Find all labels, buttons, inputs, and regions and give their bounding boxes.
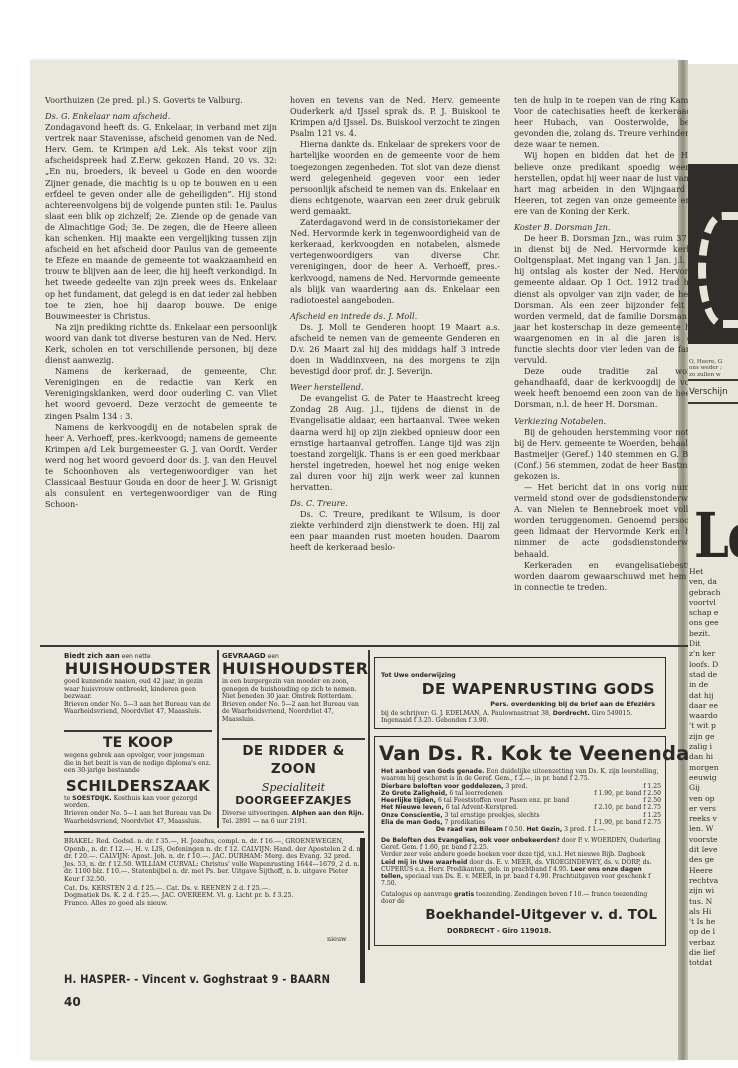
publisher-name: Boekhandel-Uitgever v. d. TOL <box>425 907 657 923</box>
text-fragment: zijn ge <box>689 732 738 742</box>
text-fragment: stad de <box>689 670 738 680</box>
text-fragment: schap e <box>689 608 738 618</box>
next-page-header: Verschijn <box>689 387 727 397</box>
text-fragment: dat hij <box>689 691 738 701</box>
ad-title: HUISHOUDSTER <box>64 660 212 678</box>
text-fragment: waardo <box>689 711 738 721</box>
book-title: Het Gezin, <box>526 826 562 833</box>
book-title: Leid mij in Uwe waarheid <box>381 859 467 866</box>
text-fragment: loofs. D <box>689 660 738 670</box>
text-fragment: tus. N <box>689 897 738 907</box>
book-price: f 1.25 <box>643 812 661 819</box>
caption-line: zo zullen w <box>689 372 738 378</box>
ad-divider <box>222 738 365 740</box>
ad-product: DOORGEEFZAKJES <box>222 794 365 808</box>
text-fragment: daar ee <box>689 701 738 711</box>
book-price: f 2.10, pr. band f 2.75 <box>594 804 661 811</box>
book-list: BRAKEL: Red. Godsd. n. dr. f 35.—, H. Jo… <box>64 838 364 884</box>
book-title: Het Nieuwe leven, <box>381 804 444 811</box>
book-desc: 3 pred. <box>503 783 527 790</box>
paragraph: Deze oude traditie zal worden gehandhaaf… <box>514 366 706 410</box>
text-fragment: voorste <box>689 835 738 845</box>
section-heading-dorsman: Koster B. Dorsman Jzn. <box>514 222 706 233</box>
book-franco: Franco. Alles zo goed als nieuw. <box>64 900 364 908</box>
text-fragment: bezit. <box>689 629 738 639</box>
paragraph: Zondagavond heeft ds. G. Enkelaar, in ve… <box>45 122 277 322</box>
book-price: f 1.25 <box>643 783 661 790</box>
book-title: De raad van Bileam <box>436 826 503 833</box>
woodcut-wheel-icon <box>698 212 738 328</box>
book-row: Heerlijke tijden, 6 tal Feeststoffen voo… <box>381 797 661 804</box>
book-desc: 6 tal Feeststoffen voor Pasen enz. pr. b… <box>436 797 569 804</box>
section-heading-enkelaar: Ds. G. Enkelaar nam afscheid. <box>45 111 277 122</box>
text-fragment: Heere <box>689 866 738 876</box>
text-fragment: in de <box>689 680 738 690</box>
ad-title: TE KOOP <box>64 734 212 752</box>
text-fragment: voortvl <box>689 598 738 608</box>
paragraph: Namens de kerkeraad, de gemeente, Chr. V… <box>45 366 277 421</box>
section-heading-herstellend: Weer herstellend. <box>290 382 500 393</box>
book-title: Zo Grote Zaligheid, <box>381 790 447 797</box>
ad-contact: Brieven onder No. 5—3 aan het Bureau van… <box>64 701 212 716</box>
catalog-free: gratis <box>454 891 474 898</box>
seller-address: H. HASPER- - Vincent v. Goghstraat 9 - B… <box>64 972 322 986</box>
ad-text: Tel. 2891 — na 6 uur 2191. <box>222 818 307 825</box>
book-desc: 7 predikaties <box>443 819 485 826</box>
text-fragment: reeks v <box>689 814 738 824</box>
adjacent-page-fragment: O, Heere, G ons weder ; zo zullen w Vers… <box>688 64 738 1060</box>
ad-huishoudster-offered: Biedt zich aan een nette HUISHOUDSTER go… <box>64 652 212 716</box>
book-title: Onze Conscientie, <box>381 812 443 819</box>
text-fragment: gebrach <box>689 588 738 598</box>
article-column-2: hoven en tevens van de Ned. Herv. gemeen… <box>290 95 500 553</box>
ad-title: Van Ds. R. Kok te Veenendaal <box>379 742 661 765</box>
page-number: 40 <box>64 995 81 1009</box>
book-title: Elia de man Gods, <box>381 819 443 826</box>
text-fragment: als Hi <box>689 907 738 917</box>
text-fragment: er vers <box>689 804 738 814</box>
text-fragment: Gij <box>689 783 738 793</box>
ad-body: goed kunnende naaien, oud 42 jaar, in ge… <box>64 678 212 701</box>
paragraph: Bij de gehouden herstemming voor notabel… <box>514 427 706 482</box>
article-column-3: ten de hulp in te roepen van de ring Kam… <box>514 95 706 593</box>
book-row: Onze Conscientie, 3 tal ernstige preekje… <box>381 812 661 819</box>
text-fragment: z'n ker <box>689 649 738 659</box>
ad-divider <box>368 650 370 950</box>
paragraph: Na zijn prediking richtte ds. Enkelaar e… <box>45 322 277 366</box>
book-desc: speciaal van Ds. E. v. MEER, in pr. band… <box>381 873 650 887</box>
next-page-title: Le <box>694 499 738 572</box>
book-row: Elia de man Gods, 7 predikatiesf 1.90, p… <box>381 819 661 826</box>
ad-wapenrusting: Tot Uwe onderwijzing DE WAPENRUSTING GOD… <box>374 657 666 729</box>
new-label: nieuw <box>327 936 347 944</box>
text-fragment: verbaz <box>689 938 738 948</box>
article-column-1: Voorthuizen (2e pred. pl.) S. Goverts te… <box>45 95 277 510</box>
paragraph: — Het bericht dat in ons vorig nummer ve… <box>514 482 706 560</box>
paragraph: Ds. C. Treure, predikant te Wilsum, is d… <box>290 509 500 553</box>
text-fragment: dit leve <box>689 845 738 855</box>
ad-text: te <box>64 795 72 802</box>
paragraph: Hierna dankte ds. Enkelaar de sprekers v… <box>290 139 500 217</box>
book-price: f 2.50 <box>643 797 661 804</box>
intro-text: Voorthuizen (2e pred. pl.) S. Goverts te… <box>45 95 277 106</box>
text-fragment: ven op <box>689 794 738 804</box>
book-price: f 1.90, pr. band f 2.75 <box>594 819 661 826</box>
ad-specialty: Specialiteit <box>222 781 365 794</box>
text-fragment: dan hi <box>689 752 738 762</box>
ad-title: DE RIDDER & ZOON <box>222 742 365 778</box>
section-heading-treure: Ds. C. Treure. <box>290 498 500 509</box>
book-row: Het Nieuwe leven, 6 tal Advent-Kerstpred… <box>381 804 661 811</box>
paragraph: ten de hulp in te roepen van de ring Kam… <box>514 95 706 150</box>
book-row: Dierbare beloften voor goddelozen, 3 pre… <box>381 783 661 790</box>
ad-de-ridder: DE RIDDER & ZOON Specialiteit DOORGEEFZA… <box>222 742 365 825</box>
text-fragment: Dit <box>689 639 738 649</box>
ad-border <box>360 838 365 983</box>
ad-kok-books: Van Ds. R. Kok te Veenendaal Het aanbod … <box>374 736 666 946</box>
paragraph: Ds. J. Moll te Genderen hoopt 19 Maart a… <box>290 322 500 377</box>
book-desc: Verder zeer vele andere goede boeken voo… <box>381 851 645 858</box>
book-desc: 6 tal Advent-Kerstpred. <box>444 804 518 811</box>
paragraph: Kerkeraden en evangelisatiebesturen word… <box>514 560 706 593</box>
text-fragment: 't Is he <box>689 917 738 927</box>
ad-body: in een burgergezin van moeder en zoon, g… <box>222 678 365 701</box>
ad-used-books: BRAKEL: Red. Godsd. n. dr. f 35.—, H. Jo… <box>64 838 364 907</box>
text-fragment: zijn wi <box>689 886 738 896</box>
book-desc: Catalogus op aanvrage <box>381 891 454 898</box>
publisher-address: DORDRECHT - Giro 119018. <box>447 927 551 935</box>
divider-rule <box>688 402 738 404</box>
paragraph: hoven en tevens van de Ned. Herv. gemeen… <box>290 95 500 139</box>
paragraph: Wij hopen en bidden dat het de Heere bel… <box>514 150 706 217</box>
text-fragment: len. W <box>689 824 738 834</box>
divider-rule <box>688 379 738 381</box>
ad-subtitle: Pers. overdenking bij de brief aan de Ef… <box>490 700 655 708</box>
ad-divider <box>64 730 212 732</box>
ad-body: wegens gebrek aan opvolger, voor jongema… <box>64 752 212 775</box>
book-desc: 3 pred. f 1.—. <box>562 826 606 833</box>
ad-place: Alphen aan den Rijn. <box>292 810 364 817</box>
ad-divider <box>217 650 219 828</box>
text-fragment: eeuwig <box>689 773 738 783</box>
paragraph: De heer B. Dorsman Jzn., was ruim 37 jaa… <box>514 233 706 366</box>
paragraph: Zaterdagavond werd in de consistoriekame… <box>290 217 500 306</box>
section-heading-notabelen: Verkiezing Notabelen. <box>514 416 706 427</box>
ad-te-koop: TE KOOP wegens gebrek aan opvolger, voor… <box>64 734 212 825</box>
book-price: f 1.90, pr. band f 2.50 <box>594 790 661 797</box>
divider-rule <box>40 645 705 647</box>
text-fragment: zalig i <box>689 742 738 752</box>
book-desc: 3 tal ernstige preekjes, slechts <box>443 812 540 819</box>
section-heading-moll: Afscheid en intrede ds. J. Moll. <box>290 311 500 322</box>
next-page-text: Hetven, dagebrachvoortvlschap eons geebe… <box>689 567 738 969</box>
ad-title-schilderszaak: SCHILDERSZAAK <box>64 777 212 795</box>
book-title: De Beloften des Evangelies, ook voor onb… <box>381 837 560 844</box>
ad-place: Dordrecht. <box>553 710 590 717</box>
book-title: Heerlijke tijden, <box>381 797 436 804</box>
illustration-caption: O, Heere, G ons weder ; zo zullen w <box>689 359 738 378</box>
book-desc: f 0.50. <box>503 826 527 833</box>
text-fragment: Het <box>689 567 738 577</box>
text-fragment: des ge <box>689 855 738 865</box>
paragraph: Namens de kerkvoogdij en de notabelen sp… <box>45 422 277 511</box>
text-fragment: totdat <box>689 958 738 968</box>
ad-huishoudster-wanted: GEVRAAGD een HUISHOUDSTER in een burgerg… <box>222 652 365 724</box>
ad-place: SOESTDIJK. <box>72 795 112 802</box>
text-fragment: ven, da <box>689 577 738 587</box>
book-row: Zo Grote Zaligheid, 6 tal leerredenenf 1… <box>381 790 661 797</box>
text-fragment: morgen <box>689 763 738 773</box>
text-fragment: die lief <box>689 948 738 958</box>
ad-divider <box>64 831 364 833</box>
ad-body: Het aanbod van Gods genade. Een duidelij… <box>381 768 661 905</box>
text-fragment: op de l <box>689 927 738 937</box>
text-fragment: ons gee <box>689 618 738 628</box>
book-title: Dierbare beloften voor goddelozen, <box>381 783 503 790</box>
ad-contact: Brieven onder No. 5—1 aan het Bureau van… <box>64 810 212 825</box>
paragraph: De evangelist G. de Pater te Haastrecht … <box>290 393 500 493</box>
ad-text: Diverse uitvoeringen. <box>222 810 292 817</box>
book-desc: 6 tal leerredenen <box>447 790 502 797</box>
text-fragment: 't wit p <box>689 721 738 731</box>
text-fragment: rechtva <box>689 876 738 886</box>
ad-title: HUISHOUDSTER <box>222 660 365 678</box>
ad-title: DE WAPENRUSTING GODS <box>422 680 655 698</box>
ad-contact: Brieven onder No. 5—2 aan het Bureau van… <box>222 701 365 724</box>
ad-kicker: Tot Uwe onderwijzing <box>381 672 456 679</box>
ad-text: bij de schrijver: G. J. EDELMAN, A. Paul… <box>381 710 553 717</box>
book-title: Het aanbod van Gods genade. <box>381 768 484 775</box>
